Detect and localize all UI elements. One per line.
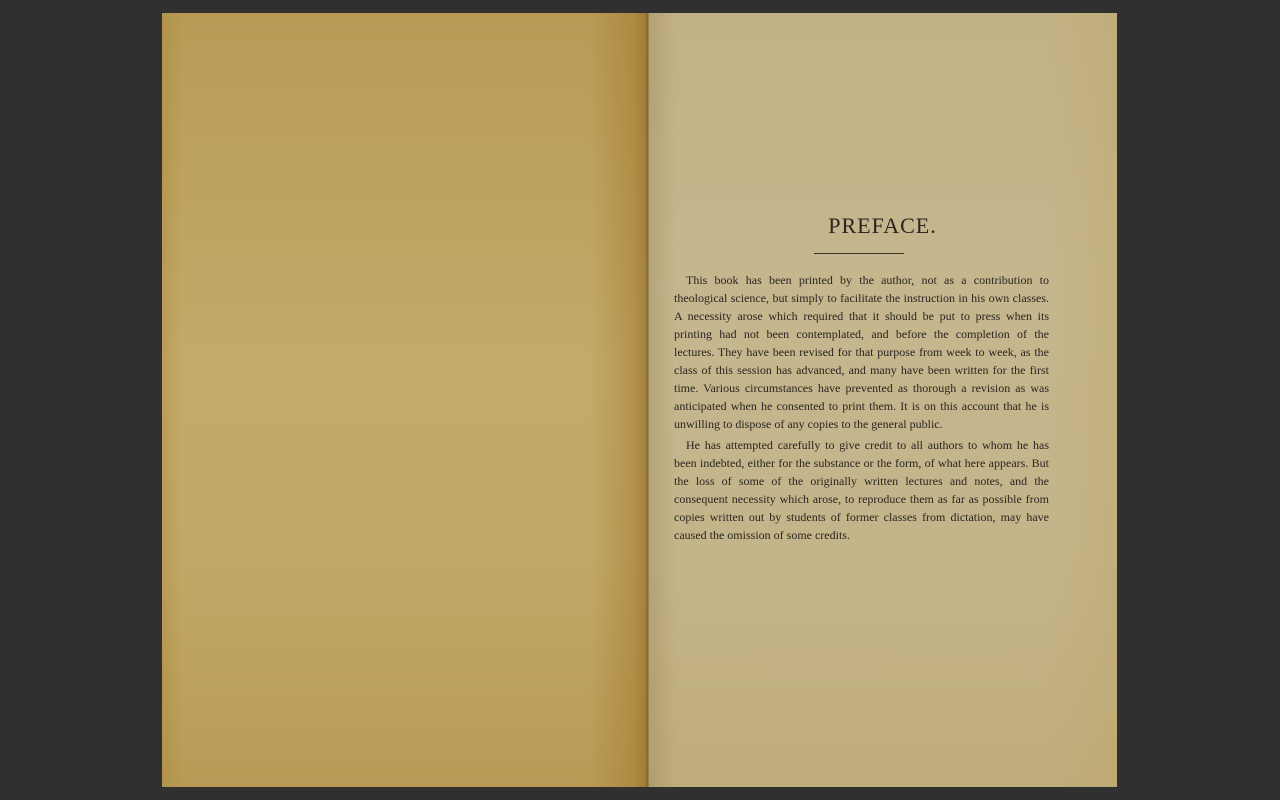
title-rule-divider (814, 253, 904, 254)
paragraph: This book has been printed by the author… (674, 271, 1049, 433)
book-spread: PREFACE. This book has been printed by t… (162, 13, 1117, 787)
left-page-blank (162, 13, 648, 787)
page-title: PREFACE. (648, 213, 1117, 239)
book-gutter (646, 13, 649, 787)
preface-body: This book has been printed by the author… (674, 271, 1049, 547)
right-page: PREFACE. This book has been printed by t… (648, 13, 1117, 787)
paragraph: He has attempted carefully to give credi… (674, 436, 1049, 544)
